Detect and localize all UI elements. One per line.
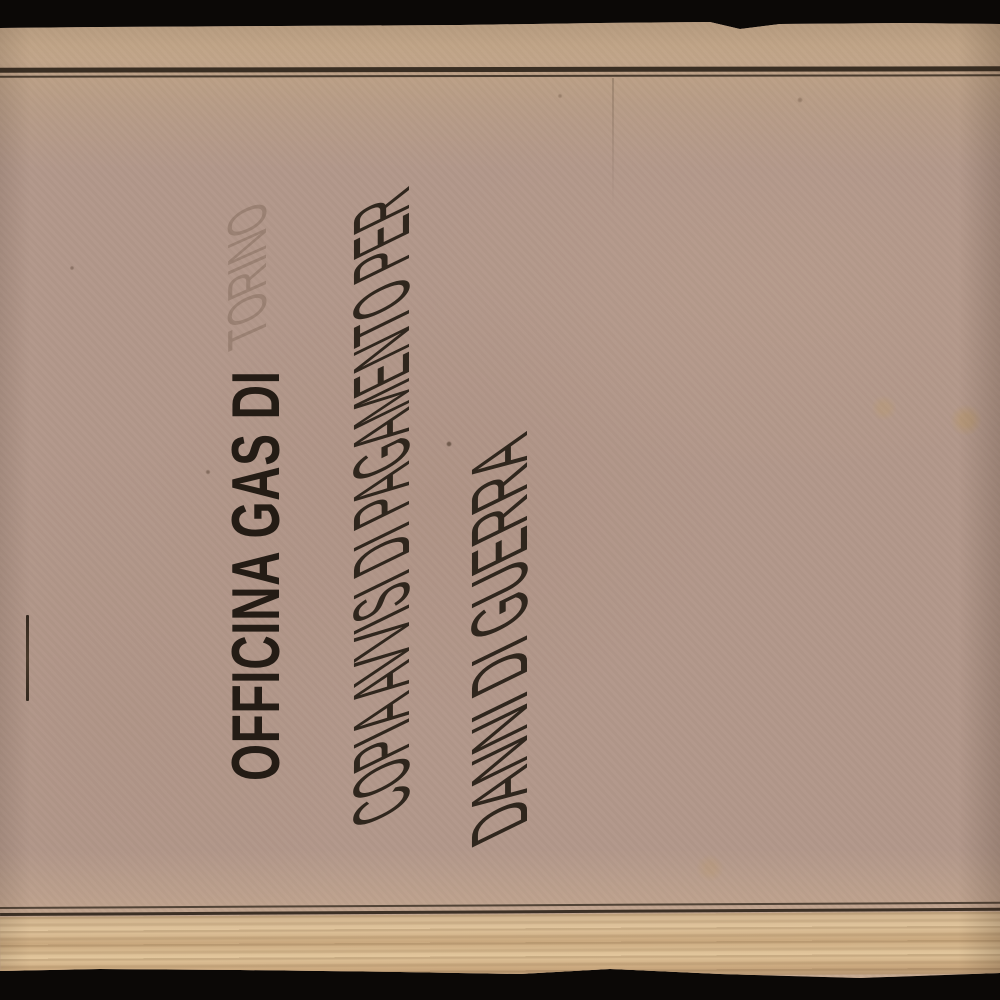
- stacked-page-edges: [0, 912, 1000, 979]
- cover-subtitle-line2: DANNI DI GUERRA: [460, 18, 540, 818]
- bottom-edge-assembly: [0, 900, 1000, 980]
- scanned-document: OFFICINA GAS DI TORINO COPIA AVVISI DI P…: [0, 0, 1000, 1000]
- document-cover-paper: OFFICINA GAS DI TORINO COPIA AVVISI DI P…: [0, 0, 1000, 1000]
- cover-title-text: OFFICINA GAS DI: [222, 370, 290, 781]
- cover-subtitle-line1: COPIA AVVISI DI PAGAMENTO PER: [342, 0, 422, 800]
- crease-mark: [612, 78, 614, 210]
- staple-mark: [26, 615, 29, 701]
- cover-subtitle-line2-text: DANNI DI GUERRA: [460, 424, 540, 857]
- pencil-annotation: TORINO: [220, 12, 275, 332]
- pencil-annotation-text: TORINO: [220, 194, 275, 357]
- cover-subtitle-line1-text: COPIA AVVISI DI PAGAMENTO PER: [342, 178, 422, 839]
